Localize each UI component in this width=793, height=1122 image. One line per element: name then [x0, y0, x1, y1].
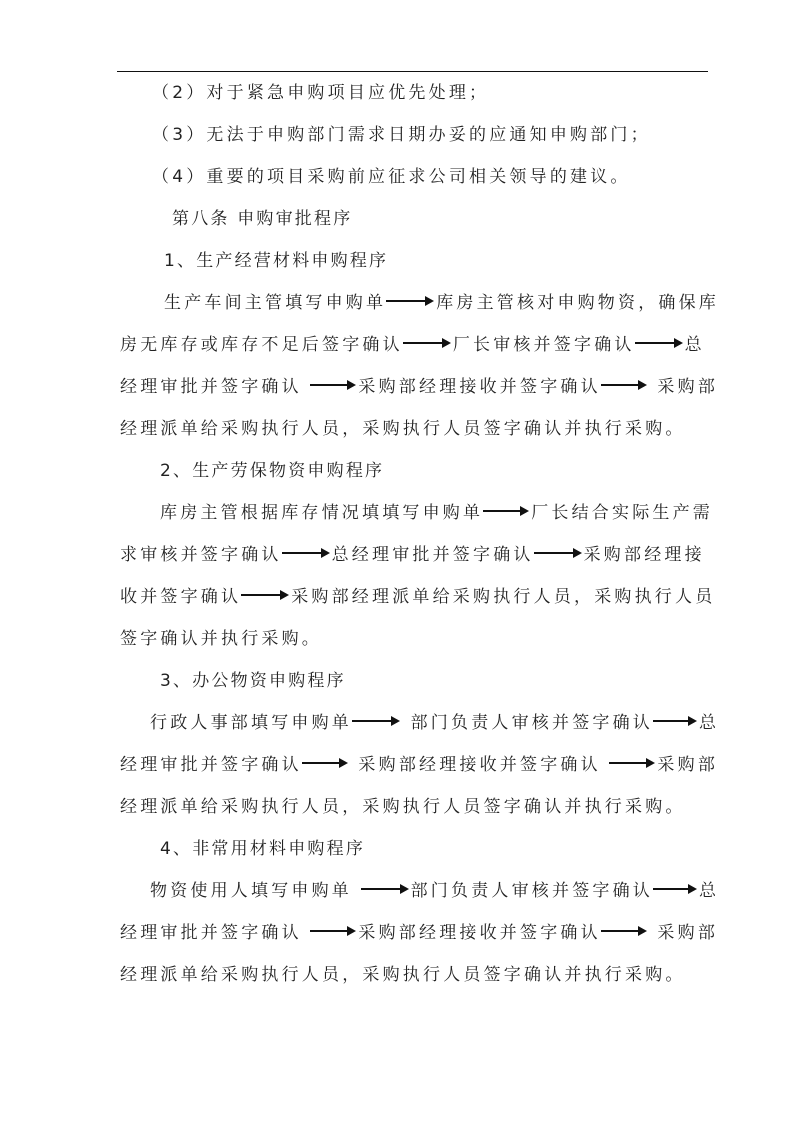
flow-step: 物资使用人填写申购单: [150, 881, 361, 901]
section-3-line-3: 经理派单给采购执行人员，采购执行人员签字确认并执行采购。: [120, 796, 686, 818]
section-3-line-2: 经理审批并签字确认 采购部经理接收并签字确认 采购部: [120, 754, 718, 776]
right-arrow-icon: [403, 338, 451, 348]
flow-step: 采购部经理接: [584, 545, 705, 565]
right-arrow-icon: [282, 548, 330, 558]
right-arrow-icon: [601, 926, 647, 936]
right-arrow-icon: [653, 884, 697, 894]
right-arrow-icon: [483, 506, 529, 516]
flow-step: 总: [699, 713, 719, 733]
flow-step: 库房主管根据库存情况填填写申购单: [160, 503, 483, 523]
flow-step: 房无库存或库存不足后签字确认: [120, 335, 403, 355]
section-1-line-1: 生产车间主管填写申购单库房主管核对申购物资，确保库: [164, 292, 719, 314]
right-arrow-icon: [386, 296, 434, 306]
section-4-title: 4、非常用材料申购程序: [160, 838, 365, 860]
header-rule: [117, 71, 708, 72]
flow-step: 采购部经理派单给采购执行人员，采购执行人员: [291, 587, 715, 607]
section-1-line-3: 经理审批并签字确认 采购部经理接收并签字确认 采购部: [120, 376, 718, 398]
section-4-line-3: 经理派单给采购执行人员，采购执行人员签字确认并执行采购。: [120, 964, 686, 986]
flow-step: 部门负责人审核并签字确认: [402, 713, 653, 733]
article-heading: 第八条 申购审批程序: [172, 208, 352, 230]
flow-step: 行政人事部填写申购单: [150, 713, 352, 733]
flow-step: 经理审批并签字确认: [120, 755, 302, 775]
section-2-line-3: 收并签字确认采购部经理派单给采购执行人员，采购执行人员: [120, 586, 715, 608]
section-2-line-1: 库房主管根据库存情况填填写申购单厂长结合实际生产需: [160, 502, 713, 524]
flow-step: 厂长审核并签字确认: [453, 335, 635, 355]
section-2-title: 2、生产劳保物资申购程序: [160, 460, 384, 482]
flow-step: 总: [685, 335, 705, 355]
right-arrow-icon: [635, 338, 683, 348]
flow-step: 采购部: [649, 377, 718, 397]
right-arrow-icon: [302, 758, 348, 768]
right-arrow-icon: [241, 590, 289, 600]
flow-step: 经理审批并签字确认: [120, 377, 310, 397]
list-item-3: （3）无法于申购部门需求日期办妥的应通知申购部门；: [152, 124, 651, 146]
right-arrow-icon: [601, 380, 647, 390]
flow-step: 收并签字确认: [120, 587, 241, 607]
section-3-line-1: 行政人事部填写申购单 部门负责人审核并签字确认总: [150, 712, 719, 734]
list-item-2: （2）对于紧急申购项目应优先处理；: [152, 82, 489, 104]
section-2-line-2: 求审核并签字确认总经理审批并签字确认采购部经理接: [120, 544, 705, 566]
flow-step: 采购部经理接收并签字确认: [350, 755, 610, 775]
section-1-line-4: 经理派单给采购执行人员，采购执行人员签字确认并执行采购。: [120, 418, 686, 440]
section-3-title: 3、办公物资申购程序: [160, 670, 346, 692]
section-1-line-2: 房无库存或库存不足后签字确认厂长审核并签字确认总: [120, 334, 705, 356]
flow-step: 厂长结合实际生产需: [531, 503, 713, 523]
section-4-line-1: 物资使用人填写申购单 部门负责人审核并签字确认总: [150, 880, 719, 902]
flow-step: 库房主管核对申购物资，确保库: [436, 293, 719, 313]
right-arrow-icon: [310, 926, 356, 936]
right-arrow-icon: [310, 380, 356, 390]
flow-step: 求审核并签字确认: [120, 545, 282, 565]
flow-step: 采购部: [649, 923, 718, 943]
flow-step: 总: [699, 881, 719, 901]
section-2-line-4: 签字确认并执行采购。: [120, 628, 322, 650]
right-arrow-icon: [609, 758, 655, 768]
list-item-4: （4）重要的项目采购前应征求公司相关领导的建议。: [152, 166, 631, 188]
flow-step: 采购部经理接收并签字确认: [358, 377, 600, 397]
flow-step: 总经理审批并签字确认: [332, 545, 534, 565]
right-arrow-icon: [534, 548, 582, 558]
right-arrow-icon: [352, 716, 400, 726]
right-arrow-icon: [653, 716, 697, 726]
flow-step: 部门负责人审核并签字确认: [411, 881, 653, 901]
right-arrow-icon: [361, 884, 409, 894]
section-1-title: 1、生产经营材料申购程序: [164, 250, 388, 272]
section-4-line-2: 经理审批并签字确认 采购部经理接收并签字确认 采购部: [120, 922, 718, 944]
flow-step: 经理审批并签字确认: [120, 923, 310, 943]
flow-step: 生产车间主管填写申购单: [164, 293, 386, 313]
flow-step: 采购部经理接收并签字确认: [358, 923, 600, 943]
flow-step: 采购部: [657, 755, 718, 775]
